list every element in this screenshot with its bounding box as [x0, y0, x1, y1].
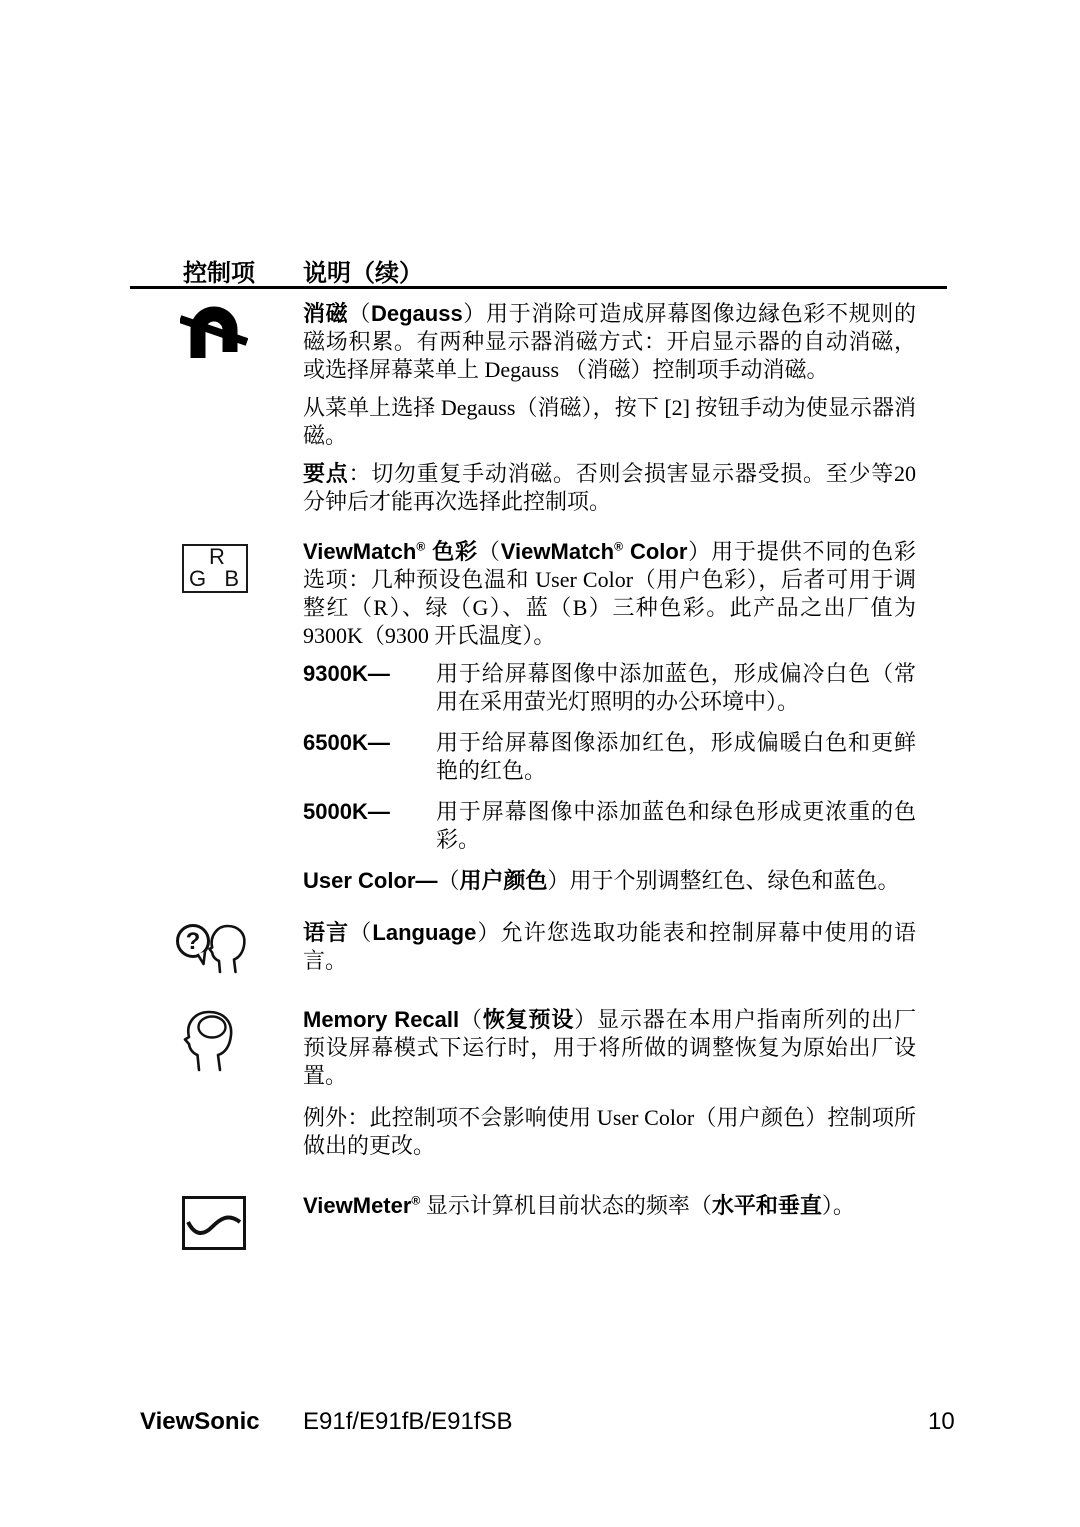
color-temp-label: 6500K—	[303, 729, 436, 785]
color-temp-label: 5000K—	[303, 798, 436, 854]
color-temp-description: 用于屏幕图像中添加蓝色和绿色形成更浓重的色彩。	[436, 798, 916, 854]
sine-wave-box-icon	[182, 1196, 246, 1250]
column-header-description: 说明（续）	[303, 253, 423, 288]
header-divider-rule	[130, 286, 947, 289]
language-paragraph: 语言（Language）允许您选取功能表和控制屏幕中使用的语言。	[303, 919, 916, 975]
viewmatch-intro-paragraph: ViewMatch® 色彩（ViewMatch® Color）用于提供不同的色彩…	[303, 538, 916, 650]
memory-recall-paragraph: Memory Recall（恢复预设）显示器在本用户指南所列的出厂预设屏幕模式下…	[303, 1006, 916, 1090]
color-temp-description: 用于给屏幕图像中添加蓝色，形成偏冷白色（常用在采用萤光灯照明的办公环境中）。	[436, 660, 916, 716]
color-temp-item-6500k: 6500K— 用于给屏幕图像添加红色，形成偏暖白色和更鲜艳的红色。	[303, 729, 916, 785]
viewmeter-paragraph: ViewMeter® 显示计算机目前状态的频率（水平和垂直）。	[303, 1192, 916, 1220]
memory-recall-section: Memory Recall（恢复预设）显示器在本用户指南所列的出厂预设屏幕模式下…	[303, 1006, 916, 1170]
color-temp-item-5000k: 5000K— 用于屏幕图像中添加蓝色和绿色形成更浓重的色彩。	[303, 798, 916, 854]
language-section: 语言（Language）允许您选取功能表和控制屏幕中使用的语言。	[303, 919, 916, 985]
degauss-paragraph-1: 消磁（Degauss）用于消除可造成屏幕图像边縁色彩不规则的磁场积累。有两种显示…	[303, 300, 916, 384]
degauss-note-paragraph: 要点：切勿重复手动消磁。否则会损害显示器受损。至少等20分钟后才能再次选择此控制…	[303, 460, 916, 516]
question-mark-glyph: ?	[186, 928, 201, 955]
manual-page: { "header": { "col_control": "控制项", "col…	[0, 0, 1080, 1527]
degauss-paragraph-2: 从菜单上选择 Degauss（消磁），按下 [2] 按钮手动为使显示器消磁。	[303, 394, 916, 450]
memory-recall-exception-paragraph: 例外：此控制项不会影响使用 User Color（用户颜色）控制项所做出的更改。	[303, 1104, 916, 1160]
rgb-letter-b: B	[224, 568, 239, 590]
column-header-control: 控制项	[183, 253, 255, 288]
color-temp-description: 用于给屏幕图像添加红色，形成偏暖白色和更鲜艳的红色。	[436, 729, 916, 785]
rgb-letter-g: G	[189, 568, 206, 590]
user-color-paragraph: User Color—（用户颜色）用于个别调整红色、绿色和蓝色。	[303, 867, 916, 895]
degauss-section: 消磁（Degauss）用于消除可造成屏幕图像边縁色彩不规则的磁场积累。有两种显示…	[303, 300, 916, 526]
viewmeter-section: ViewMeter® 显示计算机目前状态的频率（水平和垂直）。	[303, 1192, 916, 1230]
color-temp-label: 9300K—	[303, 660, 436, 716]
speech-question-head-icon: ?	[174, 918, 252, 974]
color-temp-item-9300k: 9300K— 用于给屏幕图像中添加蓝色，形成偏冷白色（常用在采用萤光灯照明的办公…	[303, 660, 916, 716]
footer-model: E91f/E91fB/E91fSB	[303, 1408, 512, 1436]
rgb-box-icon: R G B	[182, 544, 248, 593]
rgb-letter-r: R	[209, 546, 225, 568]
footer-page-number: 10	[928, 1408, 955, 1436]
degauss-magnet-icon	[180, 300, 248, 362]
footer-brand: ViewSonic	[140, 1408, 260, 1436]
head-brain-icon	[182, 1008, 238, 1072]
viewmatch-section: ViewMatch® 色彩（ViewMatch® Color）用于提供不同的色彩…	[303, 538, 916, 905]
